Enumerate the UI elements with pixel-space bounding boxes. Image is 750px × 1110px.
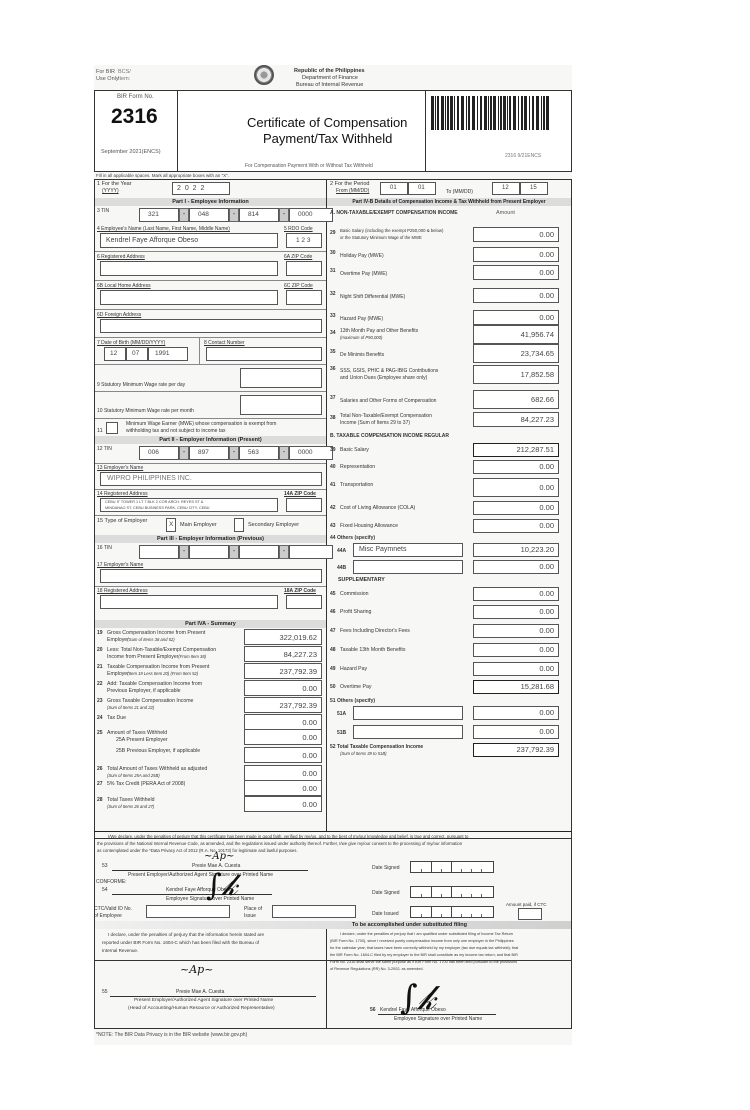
smw-day-field[interactable] <box>240 368 322 388</box>
tin-segment[interactable]: 897 <box>189 446 229 460</box>
declaration-text-3: as contemplated under the *Data Privacy … <box>97 848 298 854</box>
item-label: Total Non-Taxable/Exempt Compensation <box>340 413 432 419</box>
summary-amount-field[interactable]: 237,792.39 <box>244 697 322 713</box>
others-spec-value: Misc Paymnets <box>359 546 406 553</box>
item-label: Overtime Pay <box>340 684 371 690</box>
taxable-row: 40Representation0.00 <box>327 460 571 478</box>
summary-row: 23Gross Taxable Compensation Income(Sum … <box>94 697 326 714</box>
supplementary-label: SUPPLEMENTARY <box>338 577 385 583</box>
tin-dash: - <box>179 208 189 222</box>
employer-address-field[interactable]: CEBU IT TOWER 1 LT 7 BLK 2 COR ARCH. REY… <box>100 498 278 512</box>
summary-item-num: 22 <box>97 681 103 687</box>
item-label: Transportation <box>340 482 373 488</box>
item-label: Holiday Pay (MWE) <box>340 253 384 259</box>
summary-amount-field[interactable]: 0.00 <box>244 729 322 745</box>
others44-row: 44AMisc Paymnets10,223.20 <box>327 543 571 559</box>
summary-item-note: (Sum of Items 38 and 52) <box>127 637 174 643</box>
ctc-label-1: CTC/Valid ID No. <box>94 906 132 912</box>
zip6a-field[interactable] <box>286 261 322 276</box>
summary-item-num: 21 <box>97 664 103 670</box>
total52-note: (Sum of Items 39 to 51B) <box>340 751 387 757</box>
reg-address-field[interactable] <box>100 261 278 276</box>
taxable-amount-field[interactable]: 0.00 <box>473 478 559 497</box>
footnote: *NOTE: The BIR Data Privacy is in the BI… <box>96 1032 247 1038</box>
others-code: 51A <box>337 711 346 717</box>
to-dd-value: 15 <box>530 185 537 191</box>
supplementary-row: 46Profit Sharing0.00 <box>327 605 571 621</box>
tin-segment[interactable]: 321 <box>139 208 179 222</box>
dob-day-value: 07 <box>132 350 139 357</box>
nontaxable-row: 32Night Shift Differential (MWE)0.00 <box>327 288 571 306</box>
summary-row: 22Add: Taxable Compensation Income fromP… <box>94 680 326 697</box>
foreign-address-field[interactable] <box>100 319 322 333</box>
item-label: Representation <box>340 464 375 470</box>
nontaxable-row: 38Total Non-Taxable/Exempt CompensationI… <box>327 412 571 430</box>
tin12-label: 12 TIN <box>97 446 112 452</box>
nontaxable-amount-field[interactable]: 0.00 <box>473 265 559 280</box>
item-label: De Minimis Benefits <box>340 352 384 358</box>
nontaxable-amount-field[interactable]: 0.00 <box>473 227 559 242</box>
summary-item-label: Taxable Compensation Income from Present <box>107 664 209 670</box>
date-issued-field[interactable] <box>410 906 494 918</box>
summary-amount-field[interactable]: 0.00 <box>244 780 322 796</box>
contact-label: 8 Contact Number <box>204 340 245 346</box>
item-num: 46 <box>330 609 336 615</box>
others51-row: 51B0.00 <box>327 725 571 741</box>
sub-left-text-3: Internal Revenue. <box>102 948 138 954</box>
others-spec-field[interactable] <box>353 706 463 720</box>
sub-right-text-1: I declare, under the penalties of perjur… <box>340 931 513 937</box>
employer-address-label: 14 Registered Address <box>97 491 148 497</box>
zip6c-field[interactable] <box>286 290 322 305</box>
summary-item-label: Add: Taxable Compensation Income from <box>107 681 202 687</box>
ctc-label-2: of Employee <box>94 913 122 919</box>
item-sublabel: (maximum of P90,000) <box>340 335 382 341</box>
item-num: 42 <box>330 505 336 511</box>
item-num: 31 <box>330 268 336 274</box>
tin-segment-value: 048 <box>198 211 209 218</box>
summary-amount-field[interactable]: 84,227.23 <box>244 646 322 662</box>
nontaxable-amount-field[interactable]: 41,956.74 <box>473 325 559 344</box>
nontaxable-amount-field[interactable]: 23,734.65 <box>473 344 559 363</box>
item-label: Item: <box>118 76 130 82</box>
smw-month-field[interactable] <box>240 395 322 415</box>
period-from-mm[interactable]: 01 <box>380 182 408 195</box>
nontaxable-row: 36SSS, GSIS, PHIC & PAG-IBIG Contributio… <box>327 367 571 385</box>
nontaxable-amount-field[interactable]: 0.00 <box>473 310 559 325</box>
tin-dash: - <box>279 208 289 222</box>
place-label-2: Issue <box>244 913 256 919</box>
tin-dash: - <box>229 545 239 559</box>
tin16-label: 16 TIN <box>97 545 112 551</box>
rdo-value: 1 2 3 <box>296 237 310 244</box>
item-num: 34 <box>330 330 336 336</box>
taxable-amount-field[interactable]: 0.00 <box>473 519 559 533</box>
sub-left-text-1: I declare, under the penalties of perjur… <box>108 932 264 938</box>
supplementary-amount-field[interactable]: 0.00 <box>473 587 559 601</box>
summary-item-label: 25B Previous Employer, if applicable <box>116 748 200 754</box>
rdo-field[interactable]: 1 2 3 <box>286 233 322 248</box>
sub-right-text-6: of Revenue Regulations (RR) No. 3-2002, … <box>330 966 424 972</box>
tin-segment-value: 0000 <box>298 449 312 456</box>
supplementary-amount-field[interactable]: 0.00 <box>473 624 559 638</box>
summary-item-num: 19 <box>97 630 103 636</box>
item-label: Basic Salary (including the exempt P250,… <box>340 228 443 234</box>
supplementary-amount-field[interactable]: 0.00 <box>473 662 559 676</box>
signature-53: ~Ap~ <box>204 851 234 862</box>
date-signed-53-label: Date Signed <box>372 865 400 871</box>
item55-num: 55 <box>102 989 108 995</box>
dob-year-field[interactable]: 1991 <box>148 347 188 361</box>
summary-row: 25B Previous Employer, if applicable0.00 <box>94 747 326 764</box>
smw-day-label: 9 Statutory Minimum Wage rate per day <box>97 382 185 388</box>
summary-item-label: Gross Taxable Compensation Income <box>107 698 193 704</box>
summary-amount-field[interactable]: 0.00 <box>244 714 322 730</box>
tin-segment[interactable] <box>239 545 279 559</box>
taxable-amount-field[interactable]: 212,287.51 <box>473 443 559 457</box>
summary-item-label2: Income from Present Employer <box>107 654 179 660</box>
summary-item-note: (From Item 38) <box>178 654 206 660</box>
item-label: Cost of Living Allowance (COLA) <box>340 505 415 511</box>
summary-item-label: Gross Compensation Income from Present <box>107 630 205 636</box>
summary-item-note: (Sum of Items 25A and 25B) <box>107 773 160 779</box>
place-label-1: Place of <box>244 906 262 912</box>
employee-name-field[interactable]: Kendrel Faye Afforque Obeso <box>100 233 278 248</box>
item2-from-label: From (MM/DD) <box>336 188 369 194</box>
bir-seal-icon <box>254 65 274 85</box>
item-num: 36 <box>330 366 336 372</box>
item53-caption: Present Employer/Authorized Agent Signat… <box>128 872 273 878</box>
section-b-label: B. TAXABLE COMPENSATION INCOME REGULAR <box>330 433 449 439</box>
item-num: 40 <box>330 464 336 470</box>
form-title-line1: Certificate of Compensation <box>247 115 407 130</box>
period-to-mm[interactable]: 12 <box>492 182 520 195</box>
item-label: Taxable 13th Month Benefits <box>340 647 405 653</box>
signature-54: ∫𝓀 <box>206 871 238 901</box>
period-to-dd[interactable]: 15 <box>520 182 548 195</box>
summary-item-label2: Employer <box>107 637 129 643</box>
dob-label: 7 Date of Birth (MM/DD/YYYY) <box>97 340 165 346</box>
year-field[interactable]: 2 0 2 2 <box>172 182 230 195</box>
form-subtitle: For Compensation Payment With or Without… <box>245 163 373 169</box>
nontaxable-amount-field[interactable]: 0.00 <box>473 288 559 303</box>
tin-segment-value: 814 <box>248 211 259 218</box>
main-employer-checkbox[interactable]: X <box>166 518 176 532</box>
summary-item-label: Total Taxes Withheld <box>107 797 154 803</box>
tin-dash: - <box>179 545 189 559</box>
summary-item-num: 27 <box>97 781 103 787</box>
item-label: Profit Sharing <box>340 609 371 615</box>
summary-item-label: Tax Due <box>107 715 126 721</box>
supplementary-amount-field[interactable]: 0.00 <box>473 643 559 657</box>
summary-amount-field[interactable]: 322,019.62 <box>244 629 322 645</box>
conforme-label: CONFORME: <box>96 879 127 885</box>
nontaxable-amount-field[interactable]: 0.00 <box>473 247 559 262</box>
ctc-id-field[interactable] <box>146 905 230 918</box>
tin-segment-value: 321 <box>148 211 159 218</box>
form-version: September 2021(ENCS) <box>101 149 161 155</box>
item-num: 30 <box>330 250 336 256</box>
sub-right-text-5: Form No. 2316 shall serve the same purpo… <box>330 959 517 965</box>
tin-dash: - <box>229 208 239 222</box>
tin-segment[interactable]: 048 <box>189 208 229 222</box>
contact-field[interactable] <box>206 347 322 361</box>
summary-item-num: 20 <box>97 647 103 653</box>
tin-segment-value: 0000 <box>298 211 312 218</box>
barcode-code: 2316 9/21ENCS <box>505 153 541 159</box>
nontaxable-amount-field[interactable]: 682.66 <box>473 390 559 409</box>
others-spec-field[interactable]: Misc Paymnets <box>353 543 463 557</box>
zip14a-label: 14A ZIP Code <box>284 491 316 497</box>
declaration-text-2: the provisions of the National Internal … <box>97 841 462 847</box>
summary-item-label2: 25A Present Employer <box>116 737 168 743</box>
sub-right-text-3: for the calendar year; that taxes have b… <box>330 945 518 951</box>
tin-dash: - <box>179 446 189 460</box>
date-issued-label: Date Issued <box>372 911 399 917</box>
date-signed-53-field[interactable] <box>410 861 494 873</box>
summary-item-label: 5% Tax Credit (PERA Act of 2008) <box>107 781 185 787</box>
main-employer-mark: X <box>169 521 173 528</box>
zip18a-label: 18A ZIP Code <box>284 588 316 594</box>
item-num: 38 <box>330 415 336 421</box>
employer-name-field[interactable]: WIPRO PHILIPPINES INC. <box>100 472 322 486</box>
employee-name-label: 4 Employee's Name (Last Name, First Name… <box>97 226 230 232</box>
employer-name-value: WIPRO PHILIPPINES INC. <box>107 475 192 482</box>
nontaxable-row: 31Overtime Pay (MWE)0.00 <box>327 265 571 283</box>
republic-label: Republic of the Philippines <box>294 68 365 74</box>
zip6c-label: 6C ZIP Code <box>284 283 313 289</box>
form-number: 2316 <box>111 105 158 129</box>
summary-amount-field[interactable]: 237,792.39 <box>244 663 322 679</box>
summary-item-note: (Sum of Items 26 and 27) <box>107 804 154 810</box>
prev-employer-name-label: 17 Employer's Name <box>97 562 143 568</box>
secondary-employer-checkbox[interactable] <box>234 518 244 532</box>
employee-tin-field[interactable]: 321-048-814-0000 <box>139 208 321 222</box>
taxable-amount-field[interactable]: 0.00 <box>473 501 559 515</box>
form-header: BIR Form No. 2316 September 2021(ENCS) C… <box>94 90 572 172</box>
prev-employer-name-field[interactable] <box>100 569 322 583</box>
item2-to-label: To (MM/DD) <box>446 189 473 195</box>
item-label: Night Shift Differential (MWE) <box>340 294 405 300</box>
summary-amount-field[interactable]: 0.00 <box>244 680 322 696</box>
local-address-field[interactable] <box>100 290 278 305</box>
summary-item-num: 26 <box>97 766 103 772</box>
item-sublabel: or the Statutory Minimum Wage of the MWE <box>340 235 422 241</box>
item-label: Commission <box>340 591 369 597</box>
summary-amount-field[interactable]: 0.00 <box>244 765 322 781</box>
signature-56: ∫𝓀 <box>400 981 436 1015</box>
tin-segment[interactable]: 0000 <box>289 208 333 222</box>
nontaxable-row: 3413th Month Pay and Other Benefits(maxi… <box>327 327 571 345</box>
item56-num: 56 <box>370 1007 376 1013</box>
amount-header: Amount <box>496 210 515 216</box>
nontaxable-amount-field[interactable]: 17,852.58 <box>473 365 559 384</box>
prev-employer-tin-field[interactable]: --- <box>139 545 321 559</box>
others44-row: 44B0.00 <box>327 560 571 576</box>
department-label: Department of Finance <box>302 75 358 81</box>
item-sublabel: and Union Dues (Employee share only) <box>340 375 427 381</box>
item-label: Basic Salary <box>340 447 369 453</box>
tin-segment[interactable]: 814 <box>239 208 279 222</box>
bureau-label: Bureau of Internal Revenue <box>296 82 363 88</box>
tin-segment-value: 006 <box>148 449 159 456</box>
summary-item-label: Total Amount of Taxes Withheld as adjust… <box>107 766 207 772</box>
item-num: 32 <box>330 291 336 297</box>
item55-caption-2: (Head of Accounting/Human Resource or Au… <box>128 1006 275 1012</box>
total52-amount-field[interactable]: 237,792.39 <box>473 743 559 757</box>
summary-amount-field[interactable]: 0.00 <box>244 796 322 812</box>
others-code: 44A <box>337 548 346 554</box>
summary-row: 21Taxable Compensation Income from Prese… <box>94 663 326 680</box>
item-num: 43 <box>330 523 336 529</box>
total52-label: 52 Total Taxable Compensation Income <box>330 744 423 750</box>
nontaxable-row: 29Basic Salary (including the exempt P25… <box>327 227 571 245</box>
item-label: Overtime Pay (MWE) <box>340 271 387 277</box>
summary-row: 19Gross Compensation Income from Present… <box>94 629 326 646</box>
others-code: 44B <box>337 565 346 571</box>
item-num: 48 <box>330 647 336 653</box>
zip18a-field[interactable] <box>286 595 322 609</box>
summary-item-num: 25 <box>97 730 103 736</box>
dob-month-value: 12 <box>110 350 117 357</box>
item-label: Fixed Housing Allowance <box>340 523 398 529</box>
tin-dash: - <box>279 545 289 559</box>
part1-title: Part I - Employee Information <box>95 198 326 206</box>
item-num: 49 <box>330 666 336 672</box>
taxable-row: 41Transportation0.00 <box>327 478 571 496</box>
item55-name: Prexie Mae A. Cuesta <box>176 989 224 995</box>
to-mm-value: 12 <box>502 185 509 191</box>
supplementary-row: 48Taxable 13th Month Benefits0.00 <box>327 643 571 659</box>
tin-dash: - <box>229 446 239 460</box>
summary-item-num: 24 <box>97 715 103 721</box>
others-amount-field[interactable]: 0.00 <box>473 560 559 574</box>
sub-left-text-2: reported under BIR Form No. 1604-C which… <box>102 940 259 946</box>
summary-item-note: (Item 19 Less Item 20) (From Item 52) <box>127 671 198 677</box>
summary-row: 275% Tax Credit (PERA Act of 2008)0.00 <box>94 780 326 797</box>
mwe-label-2: withholding tax and not subject to incom… <box>126 428 226 434</box>
mwe-checkbox[interactable] <box>106 422 118 434</box>
supplementary-amount-field[interactable]: 0.00 <box>473 605 559 619</box>
date-signed-54-field[interactable] <box>410 886 494 898</box>
amount-ctc-field[interactable] <box>518 908 542 920</box>
summary-item-num: 28 <box>97 797 103 803</box>
form-no-label: BIR Form No. <box>117 94 154 100</box>
supplementary-amount-field[interactable]: 15,281.68 <box>473 680 559 694</box>
item-label: Hazard Pay (MWE) <box>340 316 383 322</box>
nontaxable-row: 37Salaries and Other Forms of Compensati… <box>327 392 571 410</box>
item-sublabel: Income (Sum of Items 29 to 37) <box>340 420 410 426</box>
item-label: 13th Month Pay and Other Benefits <box>340 328 418 334</box>
summary-row: 20Less: Total Non-Taxable/Exempt Compens… <box>94 646 326 663</box>
section-a-label: A. NON-TAXABLE/EXEMPT COMPENSATION INCOM… <box>330 210 458 216</box>
prev-employer-address-field[interactable] <box>100 595 278 609</box>
tin-segment-value: 563 <box>248 449 259 456</box>
summary-row: 28Total Taxes Withheld(Sum of Items 26 a… <box>94 796 326 813</box>
form-title-line2: Payment/Tax Withheld <box>263 131 392 146</box>
sub-right-text-2: (BIR Form No. 1700), since I received pu… <box>330 938 514 944</box>
tin-segment[interactable] <box>139 545 179 559</box>
item-num: 37 <box>330 395 336 401</box>
nontaxable-amount-field[interactable]: 84,227.23 <box>473 412 559 427</box>
place-of-issue-field[interactable] <box>272 905 356 918</box>
zip14a-field[interactable] <box>286 498 322 512</box>
others-spec-field[interactable] <box>353 725 463 739</box>
prev-employer-address-label: 18 Registered Address <box>97 588 148 594</box>
item-num: 50 <box>330 684 336 690</box>
rdo-label: 5 RDO Code <box>284 226 313 232</box>
secondary-employer-label: Secondary Employer <box>248 522 299 528</box>
taxable-row: 39Basic Salary212,287.51 <box>327 443 571 461</box>
declaration-text-1: I/We declare, under the penalties of per… <box>108 834 468 840</box>
item55-caption-1: Present Employer/Authorized Agent Signat… <box>134 998 273 1004</box>
summary-row: 25Amount of Taxes Withheld25A Present Em… <box>94 729 326 746</box>
employer-address-line2: MINDANAO ST, CEBU BUSINESS PARK, CEBU CI… <box>105 506 210 510</box>
tin-segment[interactable]: 563 <box>239 446 279 460</box>
others51-row: 51A0.00 <box>327 706 571 722</box>
tin-segment[interactable] <box>189 545 229 559</box>
main-employer-label: Main Employer <box>180 522 217 528</box>
tin-segment[interactable]: 006 <box>139 446 179 460</box>
mwe-num: 11 <box>97 428 103 434</box>
taxable-row: 42Cost of Living Allowance (COLA)0.00 <box>327 501 571 519</box>
others-amount-field[interactable]: 10,223.20 <box>473 543 559 557</box>
summary-item-label2: Previous Employer, if applicable <box>107 688 181 694</box>
others-code: 51B <box>337 730 346 736</box>
others-amount-field[interactable]: 0.00 <box>473 706 559 720</box>
summary-amount-field[interactable]: 0.00 <box>244 747 322 763</box>
summary-item-label2: Employer <box>107 671 129 677</box>
part4b-title: Part IV-B Details of Compensation Income… <box>327 198 571 206</box>
foreign-address-label: 6D Foreign Address <box>97 312 141 318</box>
barcode-icon <box>431 96 551 130</box>
item-num: 45 <box>330 591 336 597</box>
item1-label: 1 For the Year <box>97 181 132 187</box>
part4a-title: Part IVA - Summary <box>95 620 326 628</box>
item54-num: 54 <box>102 887 108 893</box>
from-mm-value: 01 <box>390 185 397 191</box>
employee-name-value: Kendrel Faye Afforque Obeso <box>106 237 198 244</box>
local-address-label: 6B Local Home Address <box>97 283 151 289</box>
item-label: Fees Including Director's Fees <box>340 628 410 634</box>
summary-item-note: (Sum of Items 21 and 22) <box>107 705 154 711</box>
dob-day-field[interactable]: 07 <box>126 347 148 361</box>
use-only-label: Use Only <box>96 76 119 82</box>
item-num: 39 <box>330 447 336 453</box>
employer-tin-field[interactable]: 006-897-563-0000 <box>139 446 321 460</box>
item53-num: 53 <box>102 863 108 869</box>
supplementary-row: 49Hazard Pay0.00 <box>327 662 571 678</box>
summary-item-num: 23 <box>97 698 103 704</box>
mwe-label-1: Minimum Wage Earner (MWE) whose compensa… <box>126 421 276 427</box>
reg-address-label: 6 Registered Address <box>97 254 145 260</box>
smw-month-label: 10 Statutory Minimum Wage rate per month <box>97 408 194 414</box>
taxable-amount-field[interactable]: 0.00 <box>473 460 559 474</box>
for-bir-label: For BIR <box>96 69 115 75</box>
item2-label: 2 For the Period <box>330 181 369 187</box>
tin-segment-value: 897 <box>198 449 209 456</box>
period-from-dd[interactable]: 01 <box>408 182 436 195</box>
item-num: 29 <box>330 230 336 236</box>
supplementary-row: 47Fees Including Director's Fees0.00 <box>327 624 571 640</box>
nontaxable-row: 30Holiday Pay (MWE)0.00 <box>327 247 571 265</box>
supplementary-row: 50Overtime Pay15,281.68 <box>327 680 571 696</box>
others-amount-field[interactable]: 0.00 <box>473 725 559 739</box>
others-spec-field[interactable] <box>353 560 463 574</box>
tin-dash: - <box>279 446 289 460</box>
dob-month-field[interactable]: 12 <box>104 347 126 361</box>
others44-label: 44 Others (specify) <box>330 535 375 541</box>
